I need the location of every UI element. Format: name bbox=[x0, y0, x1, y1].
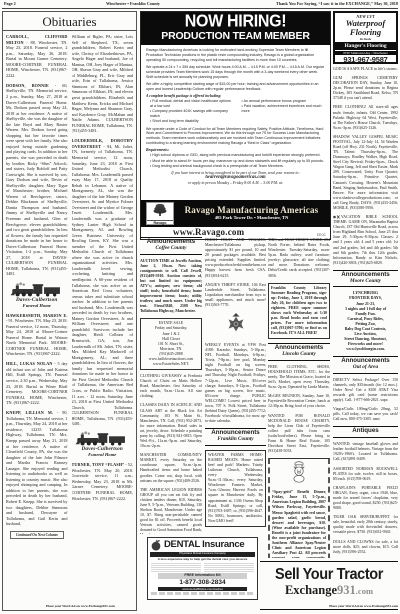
hiring-paragraph: We operate under a Code of Conduct for a… bbox=[146, 127, 325, 146]
flooring-store-phone: 931-967-9587 bbox=[335, 55, 396, 64]
obituary-entry: HILL, LUKAS NOLAN - 5 day old infant son… bbox=[6, 361, 68, 405]
newspaper-page: Page 2 Winchester • Franklin County Than… bbox=[0, 0, 400, 614]
fine-print-line bbox=[151, 592, 254, 595]
obituary-entry: HAWKERSMITH, MARION E. - 91, Winchester,… bbox=[6, 313, 68, 357]
section-header-franklin: Announcements Franklin County bbox=[205, 428, 266, 446]
section-county: Franklin County bbox=[205, 437, 266, 443]
tree-logo-icon bbox=[150, 203, 170, 216]
section-county: Out of Area bbox=[333, 365, 398, 371]
classified-item: THE AMERICAN LEGION RIDERS GROUP all you… bbox=[140, 488, 202, 534]
classified-item: CHAPLAIN'S PORTABLE FIELD ORGAN, Estey o… bbox=[333, 486, 398, 511]
train-icon bbox=[75, 431, 129, 446]
funeral-home-name-2: Funeral Home bbox=[6, 303, 68, 308]
obituaries-section: Obituaries CARROLL, CLIFFORD MILTON - 88… bbox=[2, 11, 137, 611]
classified-item: CLASSES DAILY IN ACRYLIC AND GLASS ART a… bbox=[140, 403, 202, 449]
obituary-entry: KNEPP, LILLIAN M. - 90, Tullahoma, TN. M… bbox=[6, 410, 68, 526]
dental-fine-print-columns bbox=[151, 563, 254, 572]
funeral-home-name-2: Funeral Home bbox=[72, 452, 134, 457]
classified-item: DOLLS AND CLOWNS for sale, a lot more do… bbox=[333, 540, 398, 555]
benefit-item: Full medical, dental and vision healthca… bbox=[150, 99, 234, 108]
hangers-flooring-ad: NEW LVT Waterproof Flooring In Stock Han… bbox=[333, 11, 398, 64]
header-rule bbox=[2, 8, 398, 9]
section-county: Coffee County bbox=[140, 246, 202, 252]
clipart-icon bbox=[333, 215, 340, 219]
benefit-item: An annual performance bonus program bbox=[242, 99, 326, 104]
classified-item: GOD IS A SAFE PLACE in life's storms. bbox=[333, 67, 398, 72]
dental-url: www.dental50plus.com/cadnet bbox=[158, 587, 247, 592]
library-program-box: Franklin County Library Summer Reading P… bbox=[268, 283, 330, 340]
weaver-farms-box: WEAVER FARMS HOME-RAISED MEATS. Home rai… bbox=[205, 450, 266, 527]
benefit-item: Paid vacation, achievement incentives an… bbox=[242, 104, 326, 113]
ravago-hiring-ad: NOW HIRING! PRODUCTION TEAM MEMBER Ravag… bbox=[140, 11, 331, 240]
hiring-paragraph: We offer a highly competitive starting w… bbox=[146, 82, 325, 91]
classified-item: MANCHESTER COMMUNITY MARKET, every Satur… bbox=[140, 453, 202, 483]
header-tagline: Thank You For Saying, “I saw it in the E… bbox=[276, 1, 398, 6]
estate-sale-box: ESTATE SALE Friday and Saturday, June 1 … bbox=[140, 318, 202, 370]
tractor-headline: Sell Your Tractor bbox=[260, 567, 398, 585]
vfw-cross-icon bbox=[225, 312, 247, 336]
obituaries-column-1: CARROLL, CLIFFORD MILTON - 88, Wincheste… bbox=[6, 34, 68, 608]
flooring-headline-2: Flooring bbox=[335, 28, 396, 37]
page-number: Page 2 bbox=[4, 1, 16, 6]
spay-getti-box: “Spay-getti” Benefit Dinner, Friday, Jun… bbox=[268, 458, 330, 558]
contact-email: twarren@ravagoamericas.com bbox=[146, 175, 325, 180]
classified-item: WANTED FOR RONALD MCDONALD HOUSE CHARITY… bbox=[268, 414, 330, 455]
dental-insurance-ad: DENTAL Insurance Physicians Mutual Insur… bbox=[147, 537, 258, 600]
section-county: Moore County bbox=[333, 279, 398, 285]
section-header-coffee: Announcements Coffee County bbox=[140, 237, 202, 255]
obituary-entry: LOUDERMILK, DOROTHY OVERSTREET - 94, Mt.… bbox=[72, 138, 134, 426]
obituaries-title: Obituaries bbox=[3, 12, 136, 31]
region-label: Winchester • Franklin County bbox=[106, 1, 160, 6]
company-address: 405 Park Tower Dr. • Manchester, TN bbox=[178, 215, 325, 221]
eeoc-label: EEOC bbox=[317, 233, 326, 237]
section-header-lincoln: Announcements Lincoln County bbox=[268, 343, 330, 361]
classified-item: ANGIE'S THRIFT STORE, 104 East Lauderdal… bbox=[205, 283, 266, 308]
classified-item: THIS and THAT THRIFT STORE, 204 North Po… bbox=[268, 238, 330, 279]
section-header-antiques: Antiques bbox=[333, 426, 398, 438]
word-ad-footer-left: Place your Word Ad on www.Exchange931.co… bbox=[46, 604, 115, 608]
spay-getti-art bbox=[272, 461, 326, 488]
benefits-lists: Full medical, dental and vision healthca… bbox=[146, 99, 325, 124]
funeral-home-logo: Daves-Culbertson Funeral Home bbox=[6, 282, 68, 308]
hiring-banner: NOW HIRING! PRODUCTION TEAM MEMBER bbox=[141, 12, 330, 45]
ravago-banner: Ravago Ravago Manufacturing Americas 405… bbox=[141, 200, 330, 227]
classified-item: WANTED: vintage baseball gloves and leat… bbox=[333, 442, 398, 462]
obituaries-columns: CARROLL, CLIFFORD MILTON - 88, Wincheste… bbox=[3, 31, 136, 608]
dental-company: Physicians Mutual Insurance Company bbox=[150, 552, 255, 557]
benefits-title: A complete benefit package is offered in… bbox=[146, 94, 325, 98]
obituary-entry-continuation: William of Bigler, PA; sister, Lois Self… bbox=[72, 34, 134, 134]
ravago-banner-text: Ravago Manufacturing Americas 405 Park T… bbox=[178, 206, 325, 221]
classified-item: FRESH FRUIT AND VEGGIES, Manchester/Tull… bbox=[205, 238, 266, 279]
obituaries-column-2: William of Bigler, PA; sister, Lois Self… bbox=[72, 34, 134, 608]
classified-item: GUM SPRINGS CEMETERY DECORATION DAY, Sun… bbox=[333, 76, 398, 101]
ravago-logo-label: Ravago bbox=[147, 220, 173, 225]
requirement-item: Must be able to stand 8+ hours per day, … bbox=[150, 159, 325, 164]
contact-line-2: or apply in person Monday – Friday 8:00 … bbox=[146, 181, 325, 185]
exchange-brand: Exchange931.com bbox=[260, 584, 398, 598]
classified-item: FREE CLOTHING, SHOES, HOUSEHOLD ITEMS, E… bbox=[268, 365, 330, 390]
apple-icon bbox=[150, 539, 162, 551]
classified-column-right: GOD IS A SAFE PLACE in life's storms. GU… bbox=[333, 67, 398, 557]
classified-item: CLOTHING GIVEAWAY at Fredonia Church of … bbox=[140, 374, 202, 399]
requirement-item: Drug testing and criminal background che… bbox=[150, 164, 325, 169]
contact-line: If you have interest in being considered… bbox=[146, 171, 325, 175]
section-header-out-of-area: Announcements Out of Area bbox=[333, 356, 398, 374]
flooring-stock-note: In Stock bbox=[335, 37, 396, 41]
classified-column-coffee: Announcements Coffee County AUCTION TIME… bbox=[140, 236, 202, 534]
word-ad-footer-right: Place your Word Ad on www.Exchange931.co… bbox=[329, 604, 398, 608]
requirement-item: High school diploma or GED, along with p… bbox=[150, 153, 325, 158]
section-header-moore: Announcements Moore County bbox=[333, 270, 398, 288]
classified-item: SHADOW VALLEY GOSPEL MUSIC FESTIVAL, Jul… bbox=[333, 135, 398, 211]
classified-item: ESTATE SALE Friday and Saturday, June 1 … bbox=[143, 321, 199, 367]
hiring-paragraph: We operate a 24 x 7 x 355 day schedule. … bbox=[146, 65, 325, 79]
classified-item: Viagra/Cialis 100mg/Cialis 20mg, 52 pill… bbox=[333, 407, 398, 422]
requirements-title: Requirements: bbox=[146, 148, 325, 152]
dental-tagline: A less expensive way to help get the den… bbox=[150, 558, 255, 562]
obituary-entry: CARROLL, CLIFFORD MILTON - 88, Wincheste… bbox=[6, 34, 68, 78]
fine-print-lines bbox=[204, 563, 254, 572]
section-county: Lincoln County bbox=[268, 352, 330, 358]
dental-phone: 1-877-308-2834 bbox=[148, 579, 257, 586]
classified-item: TIGER OAK SERVER/BUFFET for sale, beauti… bbox=[333, 515, 398, 535]
classified-column-lincoln: THIS and THAT THRIFT STORE, 204 North Po… bbox=[268, 238, 330, 558]
vfw-emblem bbox=[205, 312, 266, 341]
classified-item: Franklin County Library Summer Reading P… bbox=[271, 286, 327, 337]
classified-item: LYNCHBURG FRONTIER DAYS, June 21-23, 3 n… bbox=[333, 291, 398, 352]
classified-column-franklin: FRESH FRUIT AND VEGGIES, Manchester/Tull… bbox=[205, 238, 266, 534]
ravago-logo: Ravago bbox=[146, 202, 174, 225]
hiring-body: Ravago Manufacturing Americas is looking… bbox=[141, 45, 330, 185]
classified-item: VACATION BIBLE SCHOOL THEME: GAME ON, Ma… bbox=[333, 215, 398, 266]
benefit-item: Short and long term disability bbox=[150, 119, 234, 124]
company-name: Ravago Manufacturing Americas bbox=[178, 206, 325, 215]
sell-tractor-ad: Sell Your Tractor Exchange931.com bbox=[260, 561, 398, 610]
requirements-list: High school diploma or GED, along with p… bbox=[146, 153, 325, 168]
classified-item: AUCTION TIME at Jewells Auction, June 2,… bbox=[140, 259, 202, 315]
classified-item: “Spay-getti” Benefit Dinner, Friday, Jun… bbox=[272, 490, 326, 558]
classified-item: ASSORTED NORMAN ROCKWELL PLATES for sale… bbox=[333, 467, 398, 482]
continued-note: Continued On Next Column bbox=[10, 531, 64, 539]
funeral-home-logo: Daves-Culbertson Funeral Home bbox=[72, 431, 134, 457]
section-label: Antiques bbox=[333, 428, 398, 435]
classified-item: DIRECTV Select Package! Over 150 channel… bbox=[333, 378, 398, 403]
classified-item: FREE CLOTHING! All sizes-all ages male, … bbox=[333, 105, 398, 130]
classified-item: WEAVER FARMS HOME-RAISED MEATS. Home rai… bbox=[208, 453, 263, 524]
obituary-entry: DODSON, BONNIE - 60, Shelbyville, TN. Me… bbox=[6, 83, 68, 277]
classified-item: WEEKLY EVENTS at VFW Post 4188: Karaoke,… bbox=[205, 343, 266, 424]
pig-chef-icon bbox=[289, 461, 309, 483]
hiring-headline: NOW HIRING! bbox=[141, 13, 330, 31]
obituary-entry: TURNER, TONY “FLASH” - 52, Winchester, T… bbox=[72, 462, 134, 501]
hiring-paragraph: Ravago Manufacturing Americas is looking… bbox=[146, 48, 325, 62]
fine-print-lines bbox=[151, 563, 201, 572]
dental-title: DENTAL Insurance bbox=[164, 540, 244, 550]
train-icon bbox=[10, 282, 64, 297]
flooring-store-name: Hanger's Flooring bbox=[335, 42, 396, 50]
hiring-subheadline: PRODUCTION TEAM MEMBER bbox=[141, 31, 330, 43]
classified-item: McGEE REUNION, Sunday, June 10, Fayettev… bbox=[268, 394, 330, 409]
benefit-item: Company provided 401K savings with compa… bbox=[150, 109, 234, 118]
